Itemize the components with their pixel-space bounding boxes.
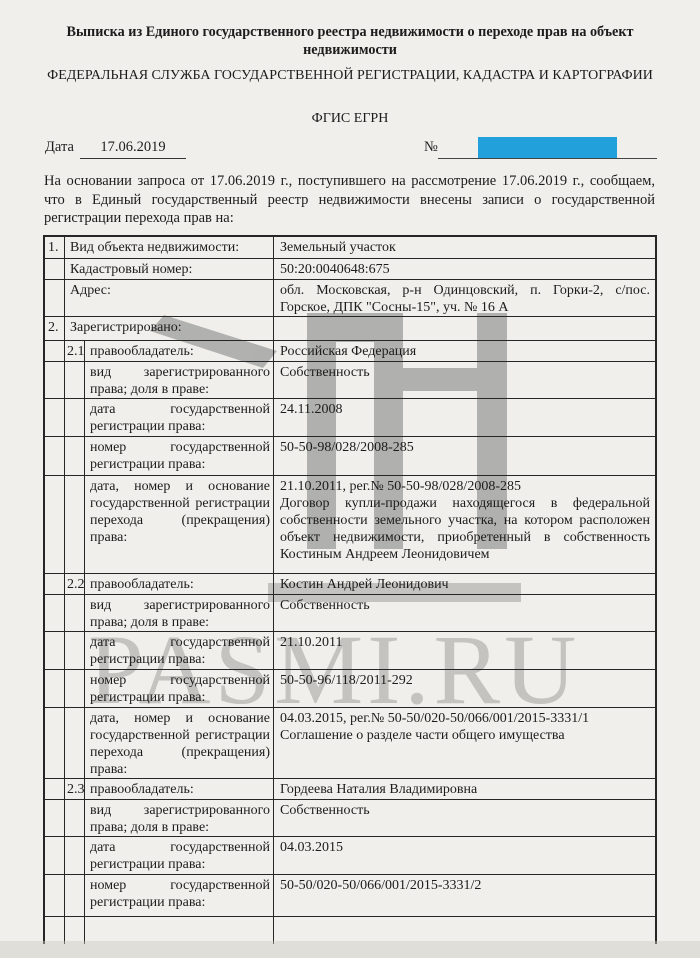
field-value: 50-50/020-50/066/001/2015-3331/2 — [274, 875, 655, 916]
table-row: вид зарегистрированного права; доля в пр… — [45, 800, 655, 837]
entry-number: 2.3 — [65, 779, 85, 799]
field-label: правообладатель: — [85, 779, 274, 799]
entry-number — [65, 362, 85, 398]
field-label: номер государственной регистрации права: — [85, 437, 274, 475]
entry-number: 2.2 — [65, 574, 85, 594]
entry-number — [65, 632, 85, 669]
section-number — [45, 341, 65, 361]
entry-number — [65, 670, 85, 707]
entry-number — [65, 800, 85, 836]
egrn-extract-page: PASMI.RU Выписка из Единого государствен… — [0, 0, 700, 958]
egrn-table: 1. Вид объекта недвижимости: Земельный у… — [43, 235, 657, 944]
field-label: Зарегистрировано: — [65, 317, 274, 340]
table-row: дата, номер и основание государственной … — [45, 476, 655, 574]
table-row: Адрес: обл. Московская, р-н Одинцовский,… — [45, 280, 655, 317]
scan-bottom-edge — [0, 941, 700, 958]
table-row-continued — [45, 917, 655, 944]
table-row: вид зарегистрированного права; доля в пр… — [45, 595, 655, 632]
field-value: 21.10.2011, рег.№ 50-50-98/028/2008-285 … — [274, 476, 655, 573]
entry-number — [65, 837, 85, 874]
entry-number — [65, 708, 85, 778]
section-number — [45, 280, 65, 316]
section-number — [45, 779, 65, 799]
entry-number — [65, 875, 85, 916]
entry-number — [65, 595, 85, 631]
transfer-basis: Договор купли-продажи находящегося в фед… — [280, 495, 650, 563]
field-value: Собственность — [274, 595, 655, 631]
field-value: Земельный участок — [274, 237, 655, 258]
field-label: вид зарегистрированного права; доля в пр… — [85, 595, 274, 631]
field-label: вид зарегистрированного права; доля в пр… — [85, 800, 274, 836]
field-value: 04.03.2015 — [274, 837, 655, 874]
field-value — [274, 917, 655, 944]
section-number — [45, 362, 65, 398]
table-row: 2.1 правообладатель: Российская Федераци… — [45, 341, 655, 362]
field-value: Собственность — [274, 800, 655, 836]
field-label: правообладатель: — [85, 574, 274, 594]
field-value: 04.03.2015, рег.№ 50-50/020-50/066/001/2… — [274, 708, 655, 778]
field-label: дата государственной регистрации права: — [85, 632, 274, 669]
table-row: дата государственной регистрации права: … — [45, 399, 655, 437]
field-label: номер государственной регистрации права: — [85, 875, 274, 916]
field-label: дата государственной регистрации права: — [85, 399, 274, 436]
entry-number — [65, 437, 85, 475]
table-row: номер государственной регистрации права:… — [45, 875, 655, 917]
section-number — [45, 670, 65, 707]
table-row: вид зарегистрированного права; доля в пр… — [45, 362, 655, 399]
field-value: обл. Московская, р-н Одинцовский, п. Гор… — [274, 280, 655, 316]
field-label: Адрес: — [65, 280, 274, 316]
entry-number — [65, 476, 85, 573]
entry-number — [65, 399, 85, 436]
number-underline — [438, 158, 657, 159]
system-name: ФГИС ЕГРН — [40, 111, 660, 127]
field-value: Гордеева Наталия Владимировна — [274, 779, 655, 799]
date-label: Дата — [45, 139, 74, 156]
transfer-basis: Соглашение о разделе части общего имущес… — [280, 727, 650, 744]
table-row: номер государственной регистрации права:… — [45, 670, 655, 708]
field-label — [85, 917, 274, 944]
table-row: номер государственной регистрации права:… — [45, 437, 655, 476]
number-label: № — [424, 139, 438, 156]
field-value: 50-50-98/028/2008-285 — [274, 437, 655, 475]
section-number — [45, 595, 65, 631]
field-value: Российская Федерация — [274, 341, 655, 361]
table-row: дата государственной регистрации права: … — [45, 632, 655, 670]
section-number — [45, 917, 65, 944]
field-label: Вид объекта недвижимости: — [65, 237, 274, 258]
field-value: 50:20:0040648:675 — [274, 259, 655, 279]
date-number-line: Дата 17.06.2019 № — [0, 136, 700, 162]
field-label: дата, номер и основание государственной … — [85, 476, 274, 573]
entry-number: 2.1 — [65, 341, 85, 361]
field-value: 50-50-96/118/2011-292 — [274, 670, 655, 707]
date-value: 17.06.2019 — [80, 139, 186, 159]
table-row: дата, номер и основание государственной … — [45, 708, 655, 779]
field-label: Кадастровый номер: — [65, 259, 274, 279]
section-number: 2. — [45, 317, 65, 340]
field-value: Костин Андрей Леонидович — [274, 574, 655, 594]
intro-paragraph: На основании запроса от 17.06.2019 г., п… — [44, 172, 655, 228]
field-value: Собственность — [274, 362, 655, 398]
field-label: вид зарегистрированного права; доля в пр… — [85, 362, 274, 398]
transfer-reference: 04.03.2015, рег.№ 50-50/020-50/066/001/2… — [280, 710, 650, 727]
field-value — [274, 317, 655, 340]
section-number — [45, 632, 65, 669]
table-row: 2. Зарегистрировано: — [45, 317, 655, 341]
table-row: 2.3 правообладатель: Гордеева Наталия Вл… — [45, 779, 655, 800]
agency-name: ФЕДЕРАЛЬНАЯ СЛУЖБА ГОСУДАРСТВЕННОЙ РЕГИС… — [40, 67, 660, 85]
table-row: 2.2 правообладатель: Костин Андрей Леони… — [45, 574, 655, 595]
section-number — [45, 837, 65, 874]
section-number — [45, 574, 65, 594]
field-label: правообладатель: — [85, 341, 274, 361]
field-value: 21.10.2011 — [274, 632, 655, 669]
field-label: номер государственной регистрации права: — [85, 670, 274, 707]
section-number: 1. — [45, 237, 65, 258]
table-row: 1. Вид объекта недвижимости: Земельный у… — [45, 237, 655, 259]
section-number — [45, 259, 65, 279]
field-value: 24.11.2008 — [274, 399, 655, 436]
table-row: Кадастровый номер: 50:20:0040648:675 — [45, 259, 655, 280]
field-label: дата государственной регистрации права: — [85, 837, 274, 874]
section-number — [45, 399, 65, 436]
field-label: дата, номер и основание государственной … — [85, 708, 274, 778]
section-number — [45, 875, 65, 916]
section-number — [45, 800, 65, 836]
entry-number — [65, 917, 85, 944]
transfer-reference: 21.10.2011, рег.№ 50-50-98/028/2008-285 — [280, 478, 650, 495]
section-number — [45, 437, 65, 475]
section-number — [45, 476, 65, 573]
section-number — [45, 708, 65, 778]
document-title: Выписка из Единого государственного реес… — [40, 24, 660, 59]
number-redaction-box — [478, 137, 617, 158]
table-row: дата государственной регистрации права: … — [45, 837, 655, 875]
